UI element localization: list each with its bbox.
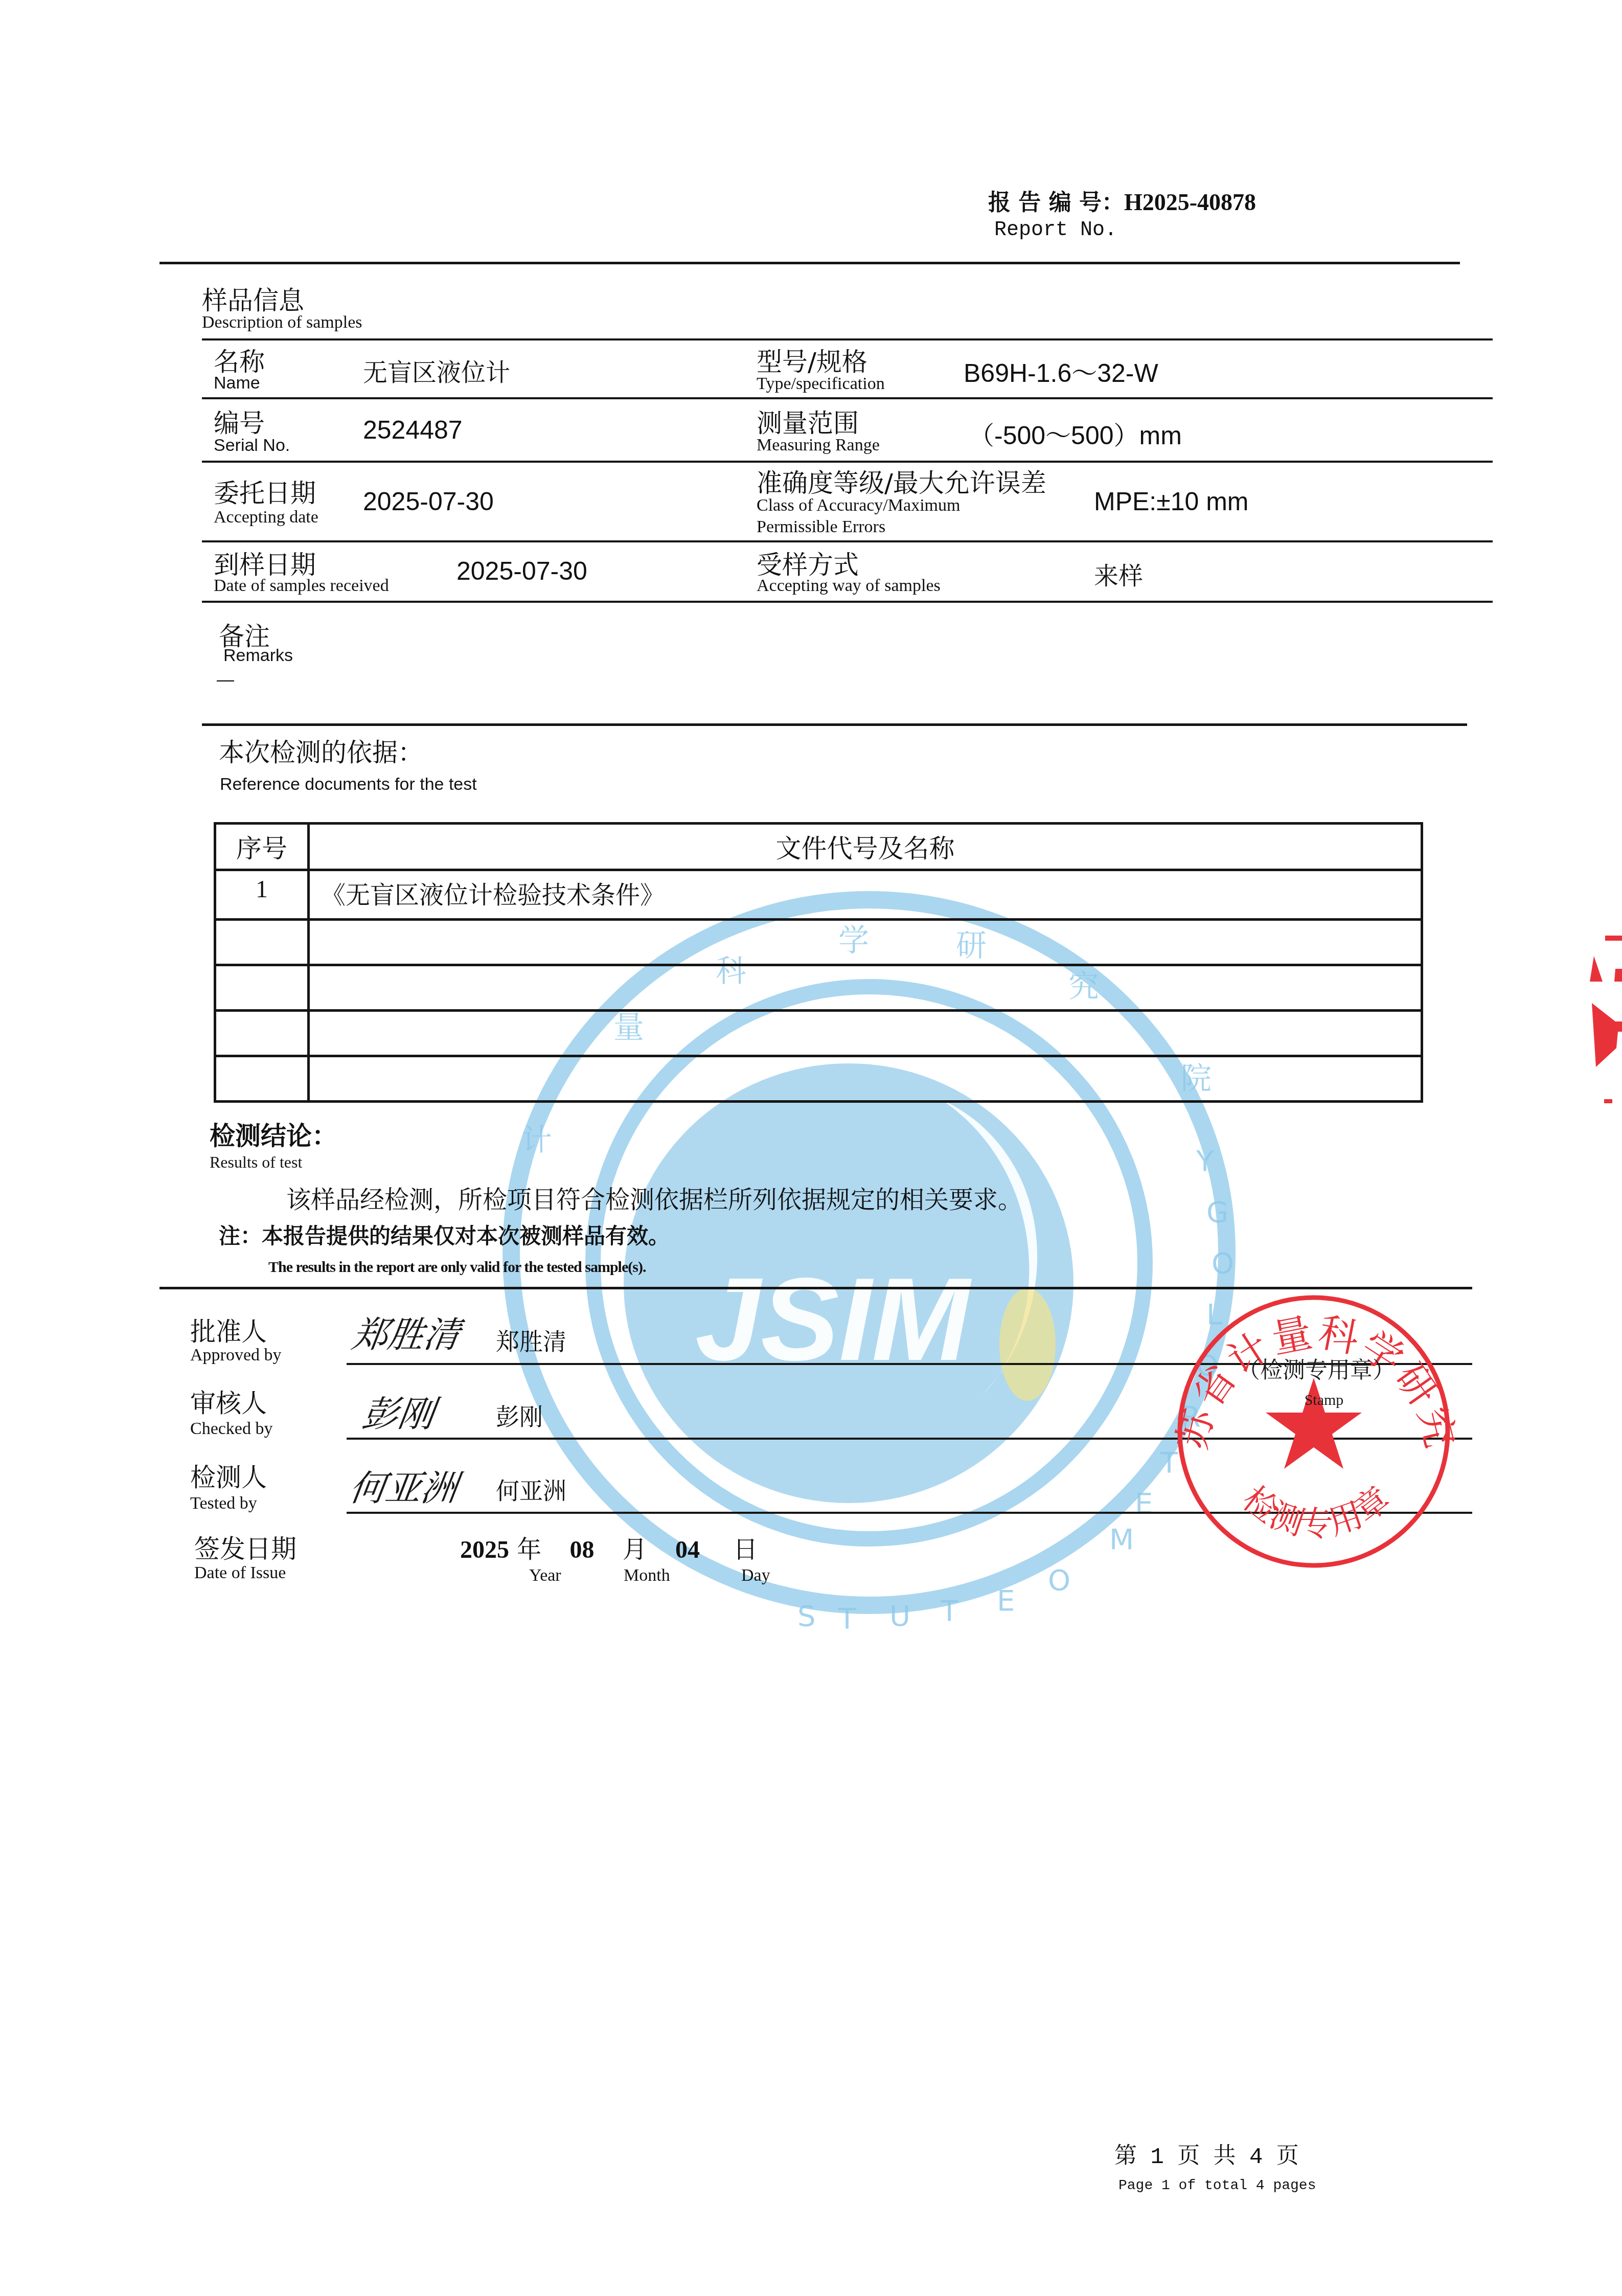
divider: [202, 723, 1467, 726]
report-number-label: 报 告 编 号：: [988, 190, 1124, 216]
results-conclusion: 该样品经检测，所检项目符合检测依据栏所列依据规定的相关要求。: [286, 1180, 1022, 1215]
tested-name: 何亚洲: [496, 1472, 566, 1506]
tested-label-en: Tested by: [190, 1494, 257, 1513]
cross-page-seal-fragment: [1554, 900, 1622, 1115]
table-row: [215, 1056, 1422, 1102]
issue-month: 08: [570, 1536, 595, 1563]
report-number-label-en: Report No.: [994, 219, 1117, 242]
divider: [159, 262, 1460, 264]
svg-text:O: O: [1212, 1247, 1234, 1280]
svg-text:计: 计: [521, 1122, 552, 1158]
row-index: [215, 1011, 309, 1056]
svg-text:U: U: [889, 1600, 910, 1631]
sample-info-title: 样品信息: [202, 280, 304, 317]
divider: [202, 601, 1493, 603]
svg-text:E: E: [1135, 1487, 1153, 1520]
svg-text:T: T: [838, 1602, 856, 1631]
issue-date-value: 2025 年 08 月 04 日: [460, 1530, 758, 1565]
row-document: [309, 1011, 1422, 1056]
checked-signature: 彭刚: [359, 1385, 438, 1437]
tested-signature: 何亚洲: [347, 1460, 461, 1511]
stamp-bottom-text: 检测专用章: [1235, 1479, 1397, 1543]
table-row: 1 《无盲区液位计检验技术条件》: [215, 870, 1422, 920]
report-number: 报 告 编 号：H2025-40878: [988, 184, 1256, 217]
divider: [202, 397, 1493, 399]
row-document: [309, 920, 1422, 965]
sample-info-title-en: Description of samples: [202, 313, 362, 332]
checked-label-en: Checked by: [190, 1419, 272, 1439]
stamp-center-en: Stamp: [1305, 1392, 1344, 1408]
issue-year: 2025: [460, 1536, 509, 1563]
svg-text:Y: Y: [1196, 1145, 1214, 1178]
serial-label: 编号: [214, 403, 265, 440]
approved-name: 郑胜清: [496, 1323, 566, 1357]
row-index: 1: [215, 870, 309, 920]
results-title-en: Results of test: [210, 1153, 302, 1172]
results-note-en: The results in the report are only valid…: [268, 1259, 646, 1276]
svg-text:M: M: [1109, 1523, 1134, 1556]
issue-year-en: Year: [529, 1566, 561, 1585]
type-label: 型号/规格: [757, 342, 867, 378]
reference-title: 本次检测的依据：: [219, 732, 423, 769]
accepting-way-label-en: Accepting way of samples: [757, 576, 941, 596]
issue-month-en: Month: [624, 1566, 670, 1585]
svg-text:G: G: [1206, 1196, 1228, 1229]
svg-text:E: E: [997, 1584, 1015, 1618]
table-header-row: 序号 文件代号及名称: [215, 824, 1422, 870]
range-label-en: Measuring Range: [757, 436, 880, 455]
svg-text:S: S: [797, 1600, 816, 1631]
accuracy-label: 准确度等级/最大允许误差: [757, 463, 1046, 499]
accuracy-value: MPE:±10 mm: [1094, 487, 1249, 516]
accuracy-label-en-1: Class of Accuracy/Maximum: [757, 496, 960, 515]
received-date-value: 2025-07-30: [456, 556, 587, 586]
table-row: [215, 1011, 1422, 1056]
issue-day-unit: 日: [733, 1535, 758, 1564]
issue-date-label-en: Date of Issue: [194, 1563, 286, 1583]
issue-day: 04: [675, 1536, 700, 1563]
table-row: [215, 965, 1422, 1011]
accepting-date-label-en: Accepting date: [214, 508, 318, 527]
results-note: 注：本报告提供的结果仅对本次被测样品有效。: [219, 1219, 670, 1250]
range-value: （-500～500）mm: [969, 415, 1182, 452]
issue-date-label: 签发日期: [194, 1529, 296, 1565]
remarks-label-en: Remarks: [223, 646, 293, 666]
divider: [202, 540, 1493, 542]
column-header-document: 文件代号及名称: [309, 824, 1422, 870]
checked-label: 审核人: [190, 1383, 267, 1420]
accepting-date-label: 委托日期: [214, 473, 316, 510]
row-index: [215, 920, 309, 965]
checked-name: 彭刚: [496, 1398, 543, 1432]
divider: [202, 338, 1493, 340]
row-document: [309, 1056, 1422, 1102]
accuracy-label-en-2: Permissible Errors: [757, 517, 885, 537]
svg-text:检测专用章: 检测专用章: [1235, 1479, 1397, 1543]
page-indicator: 第 1 页 共 4 页: [1114, 2137, 1299, 2170]
stamp-center-text: （检测专用章）: [1238, 1357, 1395, 1383]
reference-table: 序号 文件代号及名称 1 《无盲区液位计检验技术条件》: [214, 822, 1423, 1103]
issue-day-en: Day: [741, 1566, 770, 1585]
issue-year-unit: 年: [517, 1535, 541, 1564]
serial-value: 2524487: [363, 415, 463, 445]
row-document: [309, 965, 1422, 1011]
received-date-label-en: Date of samples received: [214, 576, 389, 596]
official-stamp: 江苏省计量科学研究院 （检测专用章） Stamp 检测专用章: [1171, 1288, 1457, 1575]
reference-title-en: Reference documents for the test: [220, 775, 477, 794]
report-number-value: H2025-40878: [1124, 189, 1256, 215]
remarks-value: —: [217, 670, 234, 690]
accepting-date-value: 2025-07-30: [363, 487, 494, 516]
issue-month-unit: 月: [623, 1535, 647, 1564]
type-value: B69H-1.6～32-W: [964, 353, 1158, 390]
results-title: 检测结论：: [210, 1116, 337, 1152]
svg-text:O: O: [1048, 1564, 1070, 1597]
svg-text:T: T: [940, 1595, 958, 1628]
row-index: [215, 1056, 309, 1102]
approved-label-en: Approved by: [190, 1346, 281, 1365]
range-label: 测量范围: [757, 403, 859, 440]
tested-label: 检测人: [190, 1457, 267, 1494]
name-label-en: Name: [214, 373, 260, 393]
page-indicator-en: Page 1 of total 4 pages: [1118, 2178, 1316, 2194]
name-value: 无盲区液位计: [363, 353, 510, 388]
approved-signature: 郑胜清: [349, 1306, 464, 1358]
approved-label: 批准人: [190, 1311, 267, 1348]
column-header-index: 序号: [215, 824, 309, 870]
row-index: [215, 965, 309, 1011]
svg-text:JSIM: JSIM: [695, 1254, 972, 1385]
row-document: 《无盲区液位计检验技术条件》: [309, 870, 1422, 920]
table-row: [215, 920, 1422, 965]
type-label-en: Type/specification: [757, 374, 885, 394]
serial-label-en: Serial No.: [214, 436, 290, 456]
accepting-way-value: 来样: [1094, 556, 1143, 592]
